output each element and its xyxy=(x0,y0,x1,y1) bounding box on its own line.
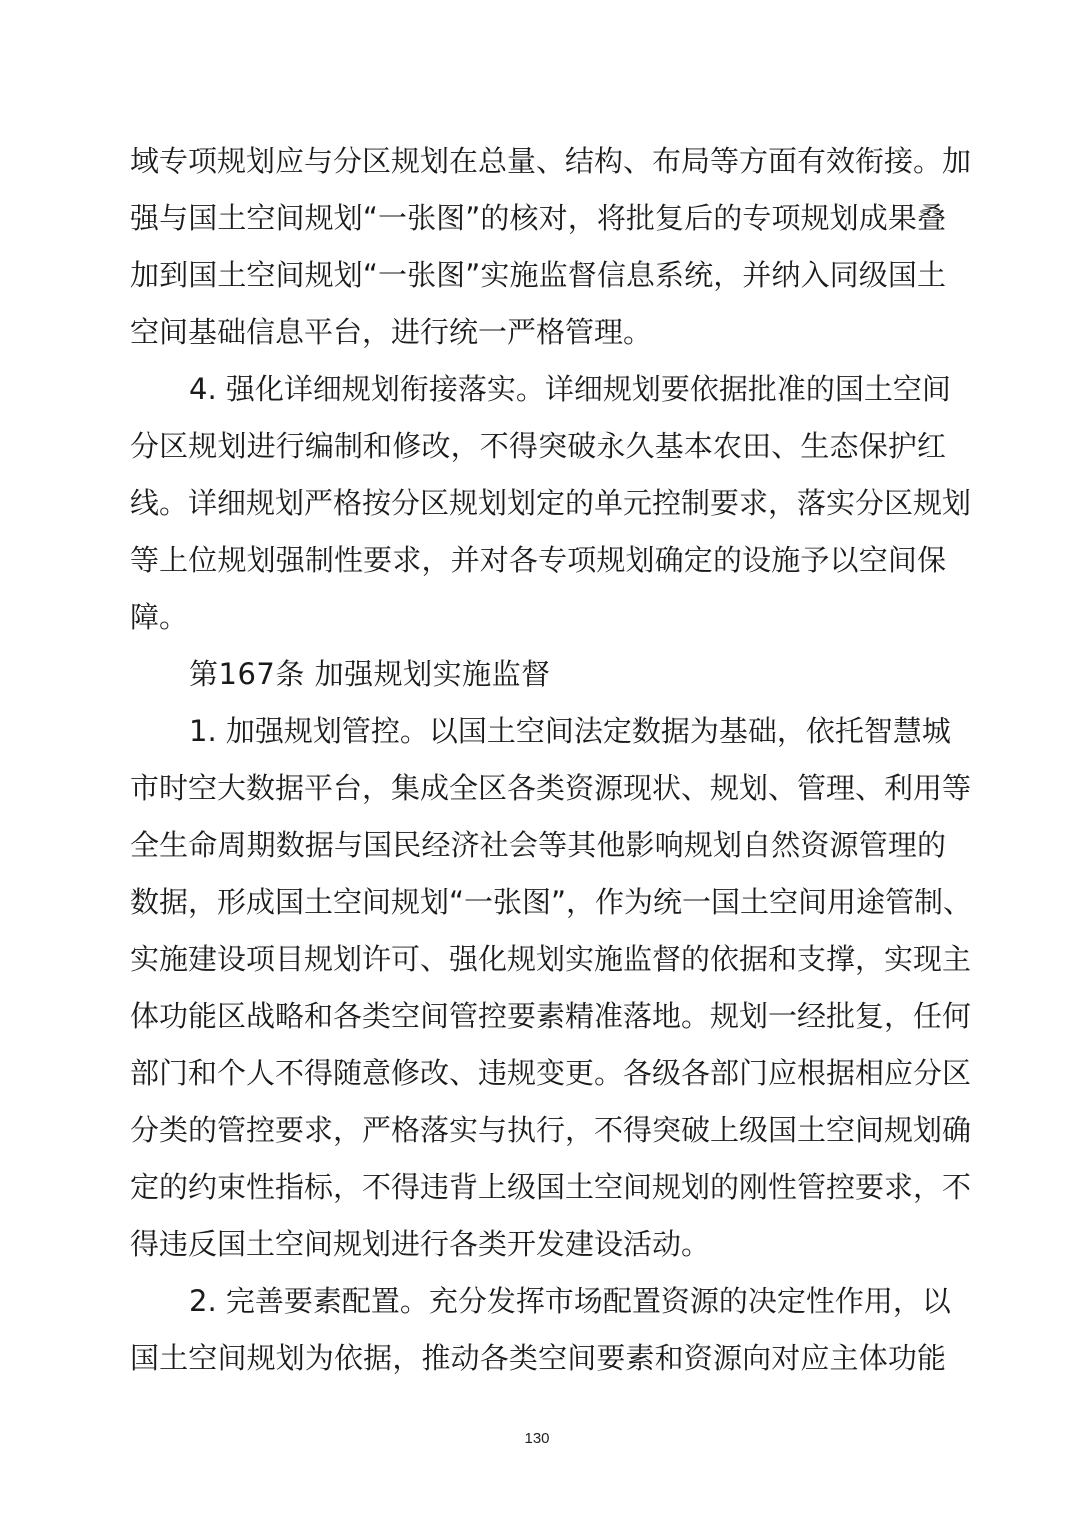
document-page: 域专项规划应与分区规划在总量、结构、布局等方面有效衔接。加 强与国土空间规划“一… xyxy=(0,0,1074,1520)
paragraph-line: 等上位规划强制性要求，并对各专项规划确定的设施予以空间保 xyxy=(130,540,946,580)
paragraph-line: 得违反国土空间规划进行各类开发建设活动。 xyxy=(130,1224,946,1264)
paragraph-line: 实施建设项目规划许可、强化规划实施监督的依据和支撑，实现主 xyxy=(130,939,946,979)
paragraph-first-line: 2. 完善要素配置。充分发挥市场配置资源的决定性作用，以 xyxy=(189,1281,946,1321)
paragraph-line: 空间基础信息平台，进行统一严格管理。 xyxy=(130,312,946,352)
paragraph-line: 国土空间规划为依据，推动各类空间要素和资源向对应主体功能 xyxy=(130,1338,946,1378)
paragraph-line: 数据，形成国土空间规划“一张图”，作为统一国土空间用途管制、 xyxy=(130,882,946,922)
page-number: 130 xyxy=(0,1430,1074,1447)
paragraph-line: 强与国土空间规划“一张图”的核对，将批复后的专项规划成果叠 xyxy=(130,198,946,238)
paragraph-line: 分类的管控要求，严格落实与执行，不得突破上级国土空间规划确 xyxy=(130,1110,946,1150)
paragraph-line: 市时空大数据平台，集成全区各类资源现状、规划、管理、利用等 xyxy=(130,768,946,808)
paragraph-line: 部门和个人不得随意修改、违规变更。各级各部门应根据相应分区 xyxy=(130,1053,946,1093)
paragraph-first-line: 4. 强化详细规划衔接落实。详细规划要依据批准的国土空间 xyxy=(189,369,946,409)
paragraph-line: 障。 xyxy=(130,597,946,637)
paragraph-line: 线。详细规划严格按分区规划划定的单元控制要求，落实分区规划 xyxy=(130,483,946,523)
paragraph-line: 定的约束性指标，不得违背上级国土空间规划的刚性管控要求，不 xyxy=(130,1167,946,1207)
paragraph-line: 体功能区战略和各类空间管控要素精准落地。规划一经批复，任何 xyxy=(130,996,946,1036)
paragraph-line: 加到国土空间规划“一张图”实施监督信息系统，并纳入同级国土 xyxy=(130,255,946,295)
paragraph-line: 全生命周期数据与国民经济社会等其他影响规划自然资源管理的 xyxy=(130,825,946,865)
paragraph-line: 分区规划进行编制和修改，不得突破永久基本农田、生态保护红 xyxy=(130,426,946,466)
paragraph-first-line: 1. 加强规划管控。以国土空间法定数据为基础，依托智慧城 xyxy=(189,711,946,751)
article-heading: 第167条 加强规划实施监督 xyxy=(189,654,551,694)
paragraph-line: 域专项规划应与分区规划在总量、结构、布局等方面有效衔接。加 xyxy=(130,141,946,181)
